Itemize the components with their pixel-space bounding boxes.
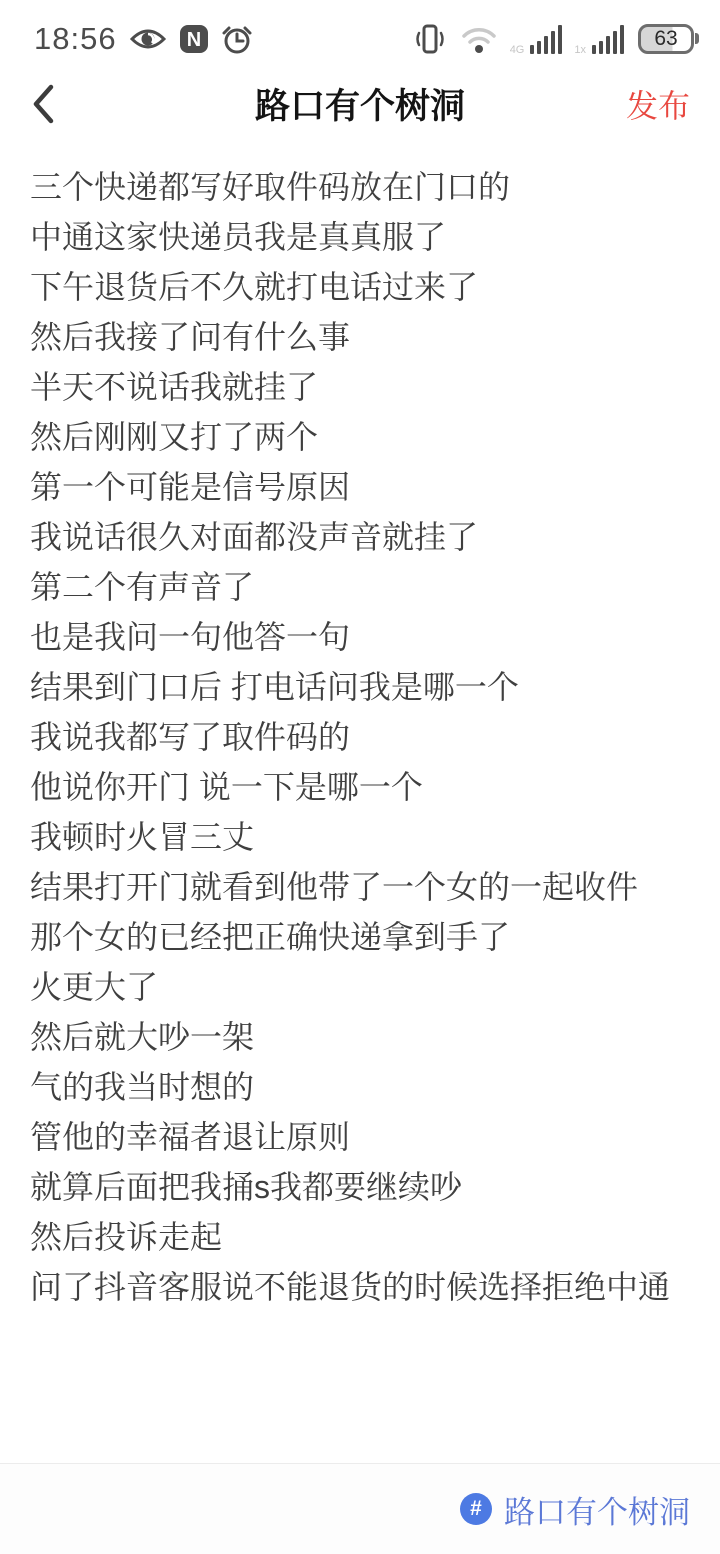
status-bar: 18:56 N (0, 0, 720, 64)
post-line: 管他的幸福者退让原则 (30, 1112, 690, 1162)
post-line: 半天不说话我就挂了 (30, 362, 690, 412)
post-text-editor[interactable]: 三个快递都写好取件码放在门口的中通这家快递员我是真真服了下午退货后不久就打电话过… (0, 144, 720, 1312)
post-line: 中通这家快递员我是真真服了 (30, 212, 690, 262)
post-line: 结果打开门就看到他带了一个女的一起收件 (30, 862, 690, 912)
sim2-network-type-indicator: 1x (574, 44, 586, 56)
post-line: 他说你开门 说一下是哪一个 (30, 762, 690, 812)
bottom-bar: # 路口有个树洞 (0, 1463, 720, 1554)
post-line: 我顿时火冒三丈 (30, 812, 690, 862)
post-line: 然后我接了问有什么事 (30, 312, 690, 362)
wifi-network-type-indicator: 4G (510, 44, 525, 56)
alarm-clock-icon (221, 23, 253, 55)
post-line: 第二个有声音了 (30, 562, 690, 612)
svg-text:N: N (186, 29, 200, 51)
topic-tag-label: 路口有个树洞 (504, 1487, 690, 1532)
post-line: 气的我当时想的 (30, 1062, 690, 1112)
back-button[interactable] (30, 82, 56, 126)
post-line: 我说我都写了取件码的 (30, 712, 690, 762)
topic-tag[interactable]: # 路口有个树洞 (460, 1487, 690, 1532)
vibrate-mode-icon (414, 22, 446, 56)
post-line: 结果到门口后 打电话问我是哪一个 (30, 662, 690, 712)
post-line: 下午退货后不久就打电话过来了 (30, 262, 690, 312)
status-bar-left: 18:56 N (34, 21, 253, 57)
header: 路口有个树洞 发布 (0, 64, 720, 144)
sim2-signal-icon (592, 25, 624, 54)
wifi-icon (460, 24, 498, 54)
hashtag-icon: # (460, 1493, 492, 1525)
status-bar-right: 4G 1x 63 (414, 22, 694, 56)
eye-protection-icon (129, 25, 167, 53)
post-line: 然后刚刚又打了两个 (30, 412, 690, 462)
post-line: 然后就大吵一架 (30, 1012, 690, 1062)
publish-button[interactable]: 发布 (626, 81, 690, 127)
clock-time: 18:56 (34, 21, 117, 57)
post-line: 那个女的已经把正确快递拿到手了 (30, 912, 690, 962)
compose-screen: 18:56 N (0, 0, 720, 1554)
post-line: 就算后面把我捅s我都要继续吵 (30, 1162, 690, 1212)
post-line: 问了抖音客服说不能退货的时候选择拒绝中通 (30, 1262, 690, 1312)
nfc-icon: N (179, 24, 209, 54)
sim1-signal-icon (530, 25, 562, 54)
page-title: 路口有个树洞 (255, 79, 465, 129)
battery-indicator: 63 (638, 24, 694, 54)
post-line: 然后投诉走起 (30, 1212, 690, 1262)
post-line: 火更大了 (30, 962, 690, 1012)
post-line: 我说话很久对面都没声音就挂了 (30, 512, 690, 562)
post-line: 三个快递都写好取件码放在门口的 (30, 162, 690, 212)
chevron-left-icon (30, 82, 56, 126)
post-line: 也是我问一句他答一句 (30, 612, 690, 662)
post-line: 第一个可能是信号原因 (30, 462, 690, 512)
